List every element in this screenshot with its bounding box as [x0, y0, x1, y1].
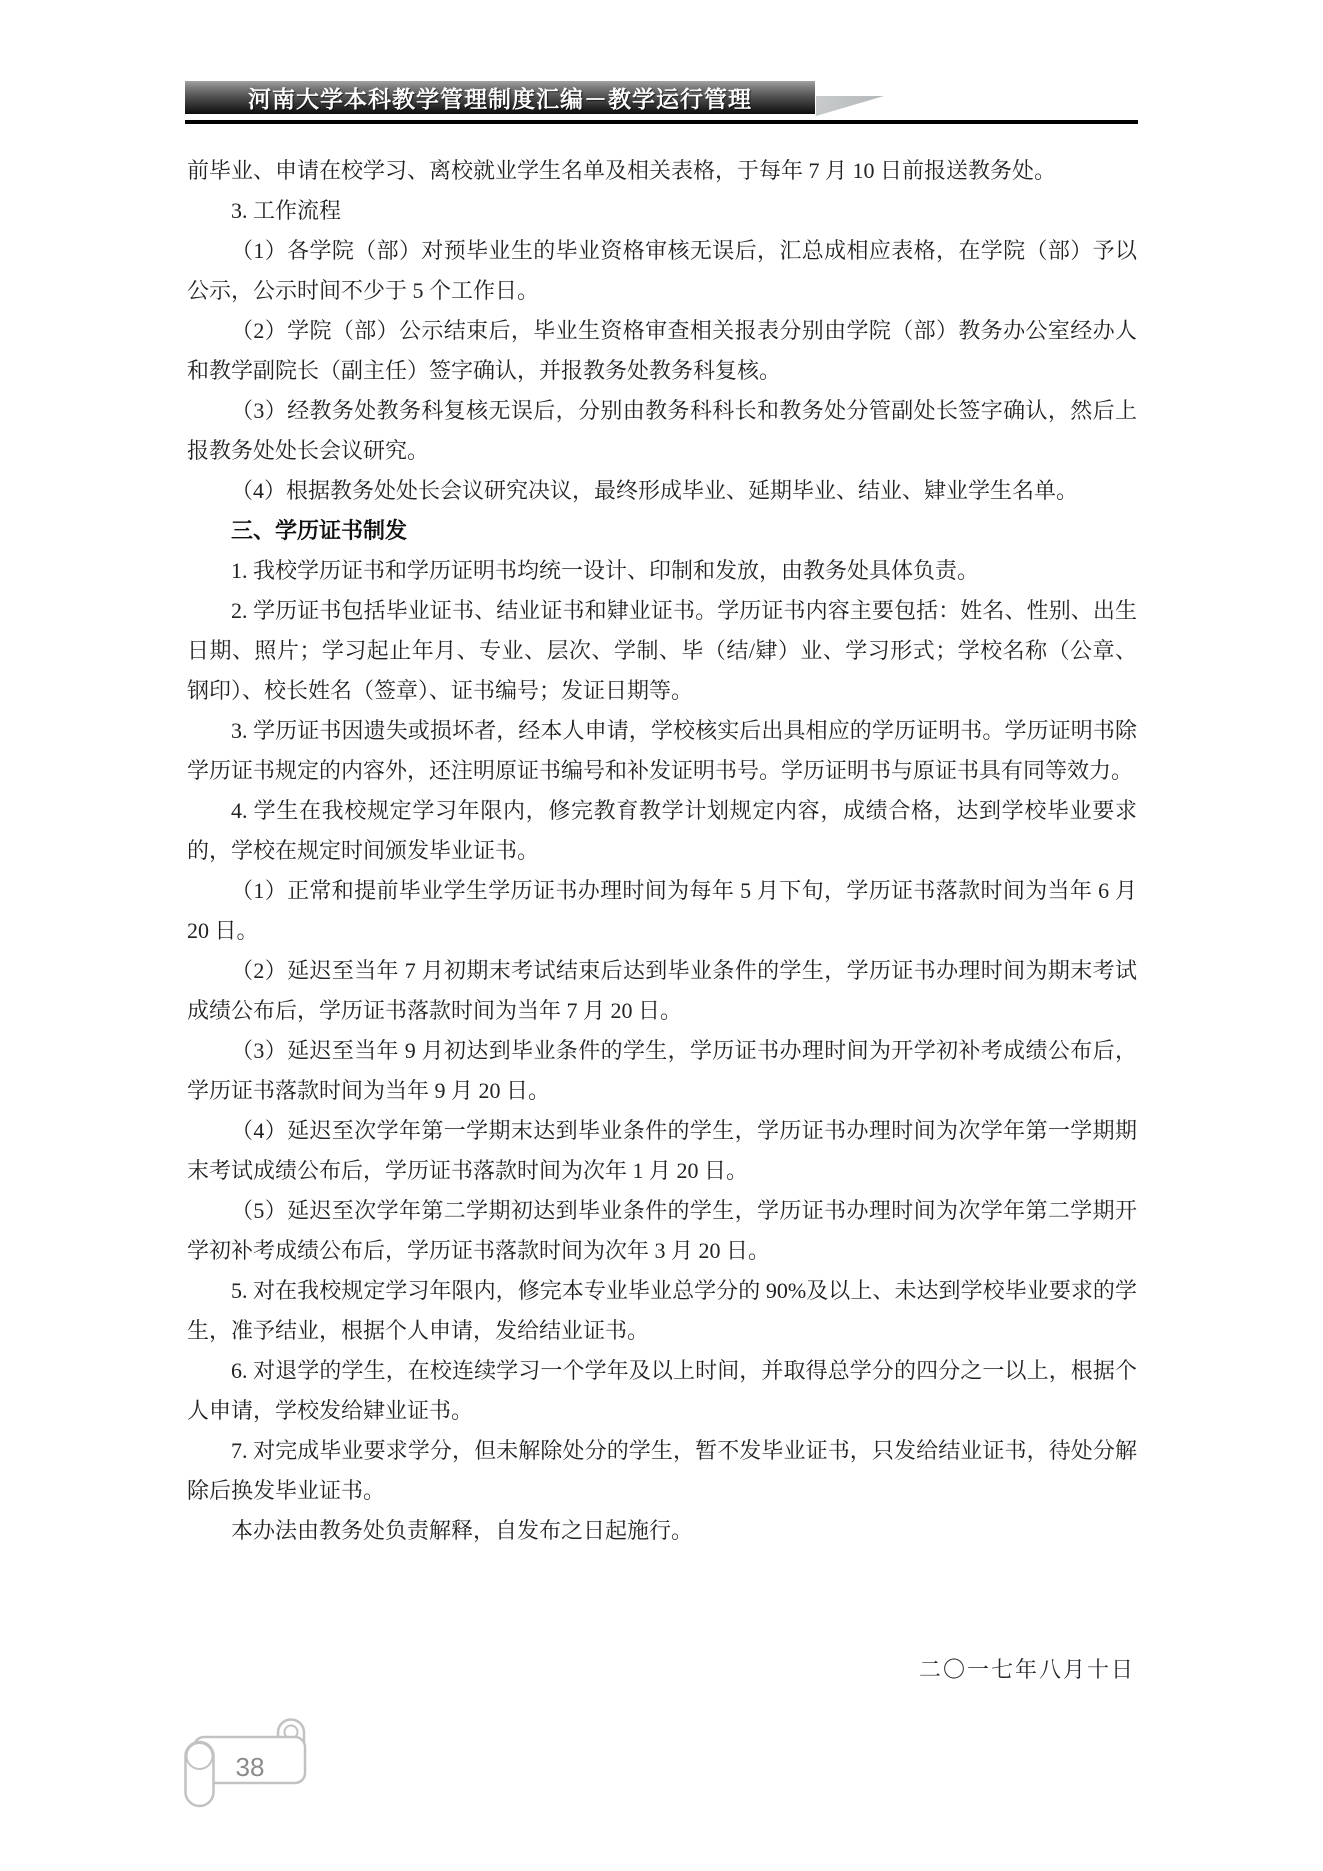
section-heading: 三、学历证书制发: [187, 511, 1137, 551]
header-arrow-icon: [816, 96, 884, 116]
paragraph: （3）延迟至当年 9 月初达到毕业条件的学生，学历证书办理时间为开学初补考成绩公…: [187, 1031, 1137, 1111]
paragraph: （1）正常和提前毕业学生学历证书办理时间为每年 5 月下旬，学历证书落款时间为当…: [187, 871, 1137, 951]
document-date: 二〇一七年八月十日: [919, 1650, 1135, 1690]
paragraph: （3）经教务处教务科复核无误后，分别由教务科科长和教务处分管副处长签字确认，然后…: [187, 391, 1137, 471]
paragraph: （5）延迟至次学年第二学期初达到毕业条件的学生，学历证书办理时间为次学年第二学期…: [187, 1191, 1137, 1271]
header-title: 河南大学本科教学管理制度汇编－教学运行管理: [248, 81, 752, 114]
paragraph: 6. 对退学的学生，在校连续学习一个学年及以上时间，并取得总学分的四分之一以上，…: [187, 1351, 1137, 1431]
paragraph: （2）学院（部）公示结束后，毕业生资格审查相关报表分别由学院（部）教务办公室经办…: [187, 311, 1137, 391]
page-scroll-icon: 38: [184, 1718, 312, 1812]
document-page: 河南大学本科教学管理制度汇编－教学运行管理 前毕业、申请在校学习、离校就业学生名…: [0, 0, 1323, 1871]
page-number: 38: [236, 1752, 265, 1782]
paragraph: （1）各学院（部）对预毕业生的毕业资格审核无误后，汇总成相应表格，在学院（部）予…: [187, 231, 1137, 311]
paragraph: 3. 学历证书因遗失或损坏者，经本人申请，学校核实后出具相应的学历证明书。学历证…: [187, 711, 1137, 791]
paragraph: 3. 工作流程: [187, 191, 1137, 231]
paragraph: 5. 对在我校规定学习年限内，修完本专业毕业总学分的 90%及以上、未达到学校毕…: [187, 1271, 1137, 1351]
header-divider: [185, 120, 1138, 124]
paragraph: （4）延迟至次学年第一学期末达到毕业条件的学生，学历证书办理时间为次学年第一学期…: [187, 1111, 1137, 1191]
paragraph: （2）延迟至当年 7 月初期末考试结束后达到毕业条件的学生，学历证书办理时间为期…: [187, 951, 1137, 1031]
paragraph: （4）根据教务处处长会议研究决议，最终形成毕业、延期毕业、结业、肄业学生名单。: [187, 471, 1137, 511]
paragraph: 7. 对完成毕业要求学分，但未解除处分的学生，暂不发毕业证书，只发给结业证书，待…: [187, 1431, 1137, 1511]
document-body: 前毕业、申请在校学习、离校就业学生名单及相关表格，于每年 7 月 10 日前报送…: [187, 151, 1137, 1551]
paragraph: 2. 学历证书包括毕业证书、结业证书和肄业证书。学历证书内容主要包括：姓名、性别…: [187, 591, 1137, 711]
paragraph: 1. 我校学历证书和学历证明书均统一设计、印制和发放，由教务处具体负责。: [187, 551, 1137, 591]
paragraph: 4. 学生在我校规定学习年限内，修完教育教学计划规定内容，成绩合格，达到学校毕业…: [187, 791, 1137, 871]
paragraph: 本办法由教务处负责解释，自发布之日起施行。: [187, 1511, 1137, 1551]
header-banner: 河南大学本科教学管理制度汇编－教学运行管理: [185, 81, 815, 114]
paragraph: 前毕业、申请在校学习、离校就业学生名单及相关表格，于每年 7 月 10 日前报送…: [187, 151, 1137, 191]
